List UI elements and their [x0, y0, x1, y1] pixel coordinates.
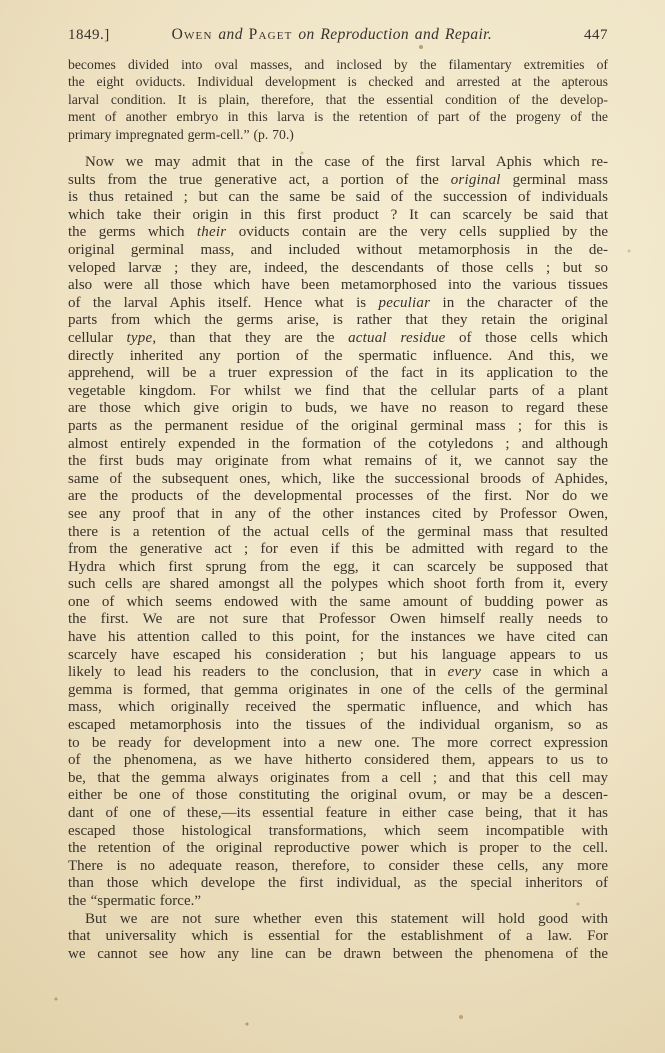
text-line: vegetable kingdom. For whilst we find th…	[68, 383, 608, 401]
scanned-book-page: 1849.] Owen and Paget on Reproduction an…	[0, 0, 665, 1053]
text-line: directly inherited any portion of the sp…	[68, 348, 608, 366]
text-line: almost entirely expended in the formatio…	[68, 436, 608, 454]
text-line: parts from which the germs arise, is rat…	[68, 312, 608, 330]
text-line: apprehend, will be a truer expression of…	[68, 365, 608, 383]
text-line: veloped larvæ ; they are, indeed, the de…	[68, 260, 608, 278]
header-page-number: 447	[584, 26, 608, 44]
text-line: from the generative act ; for even if th…	[68, 541, 608, 559]
header-title: Owen and Paget on Reproduction and Repai…	[172, 26, 523, 44]
text-line: gemma is formed, that gemma originates i…	[68, 682, 608, 700]
text-line: scarcely have escaped his consideration …	[68, 647, 608, 665]
text-line: are the products of the developmental pr…	[68, 488, 608, 506]
text-line: have his attention called to this point,…	[68, 629, 608, 647]
text-line: the first. We are not sure that Professo…	[68, 611, 608, 629]
text-line: also were all those which have been meta…	[68, 277, 608, 295]
text-line: such cells are shared amongst all the po…	[68, 576, 608, 594]
text-line: cellular type, than that they are the ac…	[68, 330, 608, 348]
text-line: Now we may admit that in the case of the…	[68, 154, 608, 172]
text-line: ment of another embryo in this larva is …	[68, 108, 608, 125]
text-line: parts as the permanent residue of the or…	[68, 418, 608, 436]
text-line: than those which develope the first indi…	[68, 875, 608, 893]
header-title-part: Paget	[249, 26, 293, 43]
text-line: either be one of those constituting the …	[68, 787, 608, 805]
text-line: see any proof that in any of the other i…	[68, 506, 608, 524]
text-line: There is no adequate reason, therefore, …	[68, 858, 608, 876]
header-year: 1849.]	[68, 26, 110, 44]
text-line: to be ready for development into a new o…	[68, 735, 608, 753]
text-line: primary impregnated germ-cell.” (p. 70.)	[68, 126, 608, 143]
text-line: becomes divided into oval masses, and in…	[68, 56, 608, 73]
text-line: one of which seems endowed with the same…	[68, 594, 608, 612]
text-line: are those which give origin to buds, we …	[68, 400, 608, 418]
text-line: escaped those histological transformatio…	[68, 823, 608, 841]
text-line: same of the subsequent ones, which, like…	[68, 471, 608, 489]
running-header: 1849.] Owen and Paget on Reproduction an…	[68, 26, 608, 44]
text-line: the germs which their oviducts contain a…	[68, 224, 608, 242]
header-title-part: on Reproduction and Repair.	[293, 26, 493, 43]
text-line: the eight oviducts. Individual developme…	[68, 73, 608, 90]
text-line: But we are not sure whether even this st…	[68, 911, 608, 929]
header-title-part: and	[213, 26, 249, 43]
paragraph: Now we may admit that in the case of the…	[68, 154, 608, 911]
header-title-part: Owen	[172, 26, 213, 43]
page-text: becomes divided into oval masses, and in…	[68, 56, 608, 963]
text-line: of the larval Aphis itself. Hence what i…	[68, 295, 608, 313]
text-line: dant of one of these,—its essential feat…	[68, 805, 608, 823]
paragraph: But we are not sure whether even this st…	[68, 911, 608, 964]
text-line: which take their origin in this first pr…	[68, 207, 608, 225]
text-line: of the phenomena, as we have hitherto co…	[68, 752, 608, 770]
text-line: the first buds may originate from what r…	[68, 453, 608, 471]
text-line: larval condition. It is plain, therefore…	[68, 91, 608, 108]
paper-speckles	[0, 0, 2, 2]
text-line: be, that the gemma always originates fro…	[68, 770, 608, 788]
text-line: sults from the true generative act, a po…	[68, 172, 608, 190]
text-line: there is a retention of the actual cells…	[68, 524, 608, 542]
text-line: the retention of the original reproducti…	[68, 840, 608, 858]
text-line: the “spermatic force.”	[68, 893, 608, 911]
text-line: that universality which is essential for…	[68, 928, 608, 946]
text-line: likely to lead his readers to the conclu…	[68, 664, 608, 682]
text-line: is thus retained ; but can the same be s…	[68, 189, 608, 207]
paragraph: becomes divided into oval masses, and in…	[68, 56, 608, 143]
text-line: Hydra which first sprung from the egg, i…	[68, 559, 608, 577]
text-line: escaped metamorphosis into the tissues o…	[68, 717, 608, 735]
text-line: original germinal mass, and included wit…	[68, 242, 608, 260]
text-line: we cannot see how any line can be drawn …	[68, 946, 608, 964]
text-line: mass, which originally received the sper…	[68, 699, 608, 717]
